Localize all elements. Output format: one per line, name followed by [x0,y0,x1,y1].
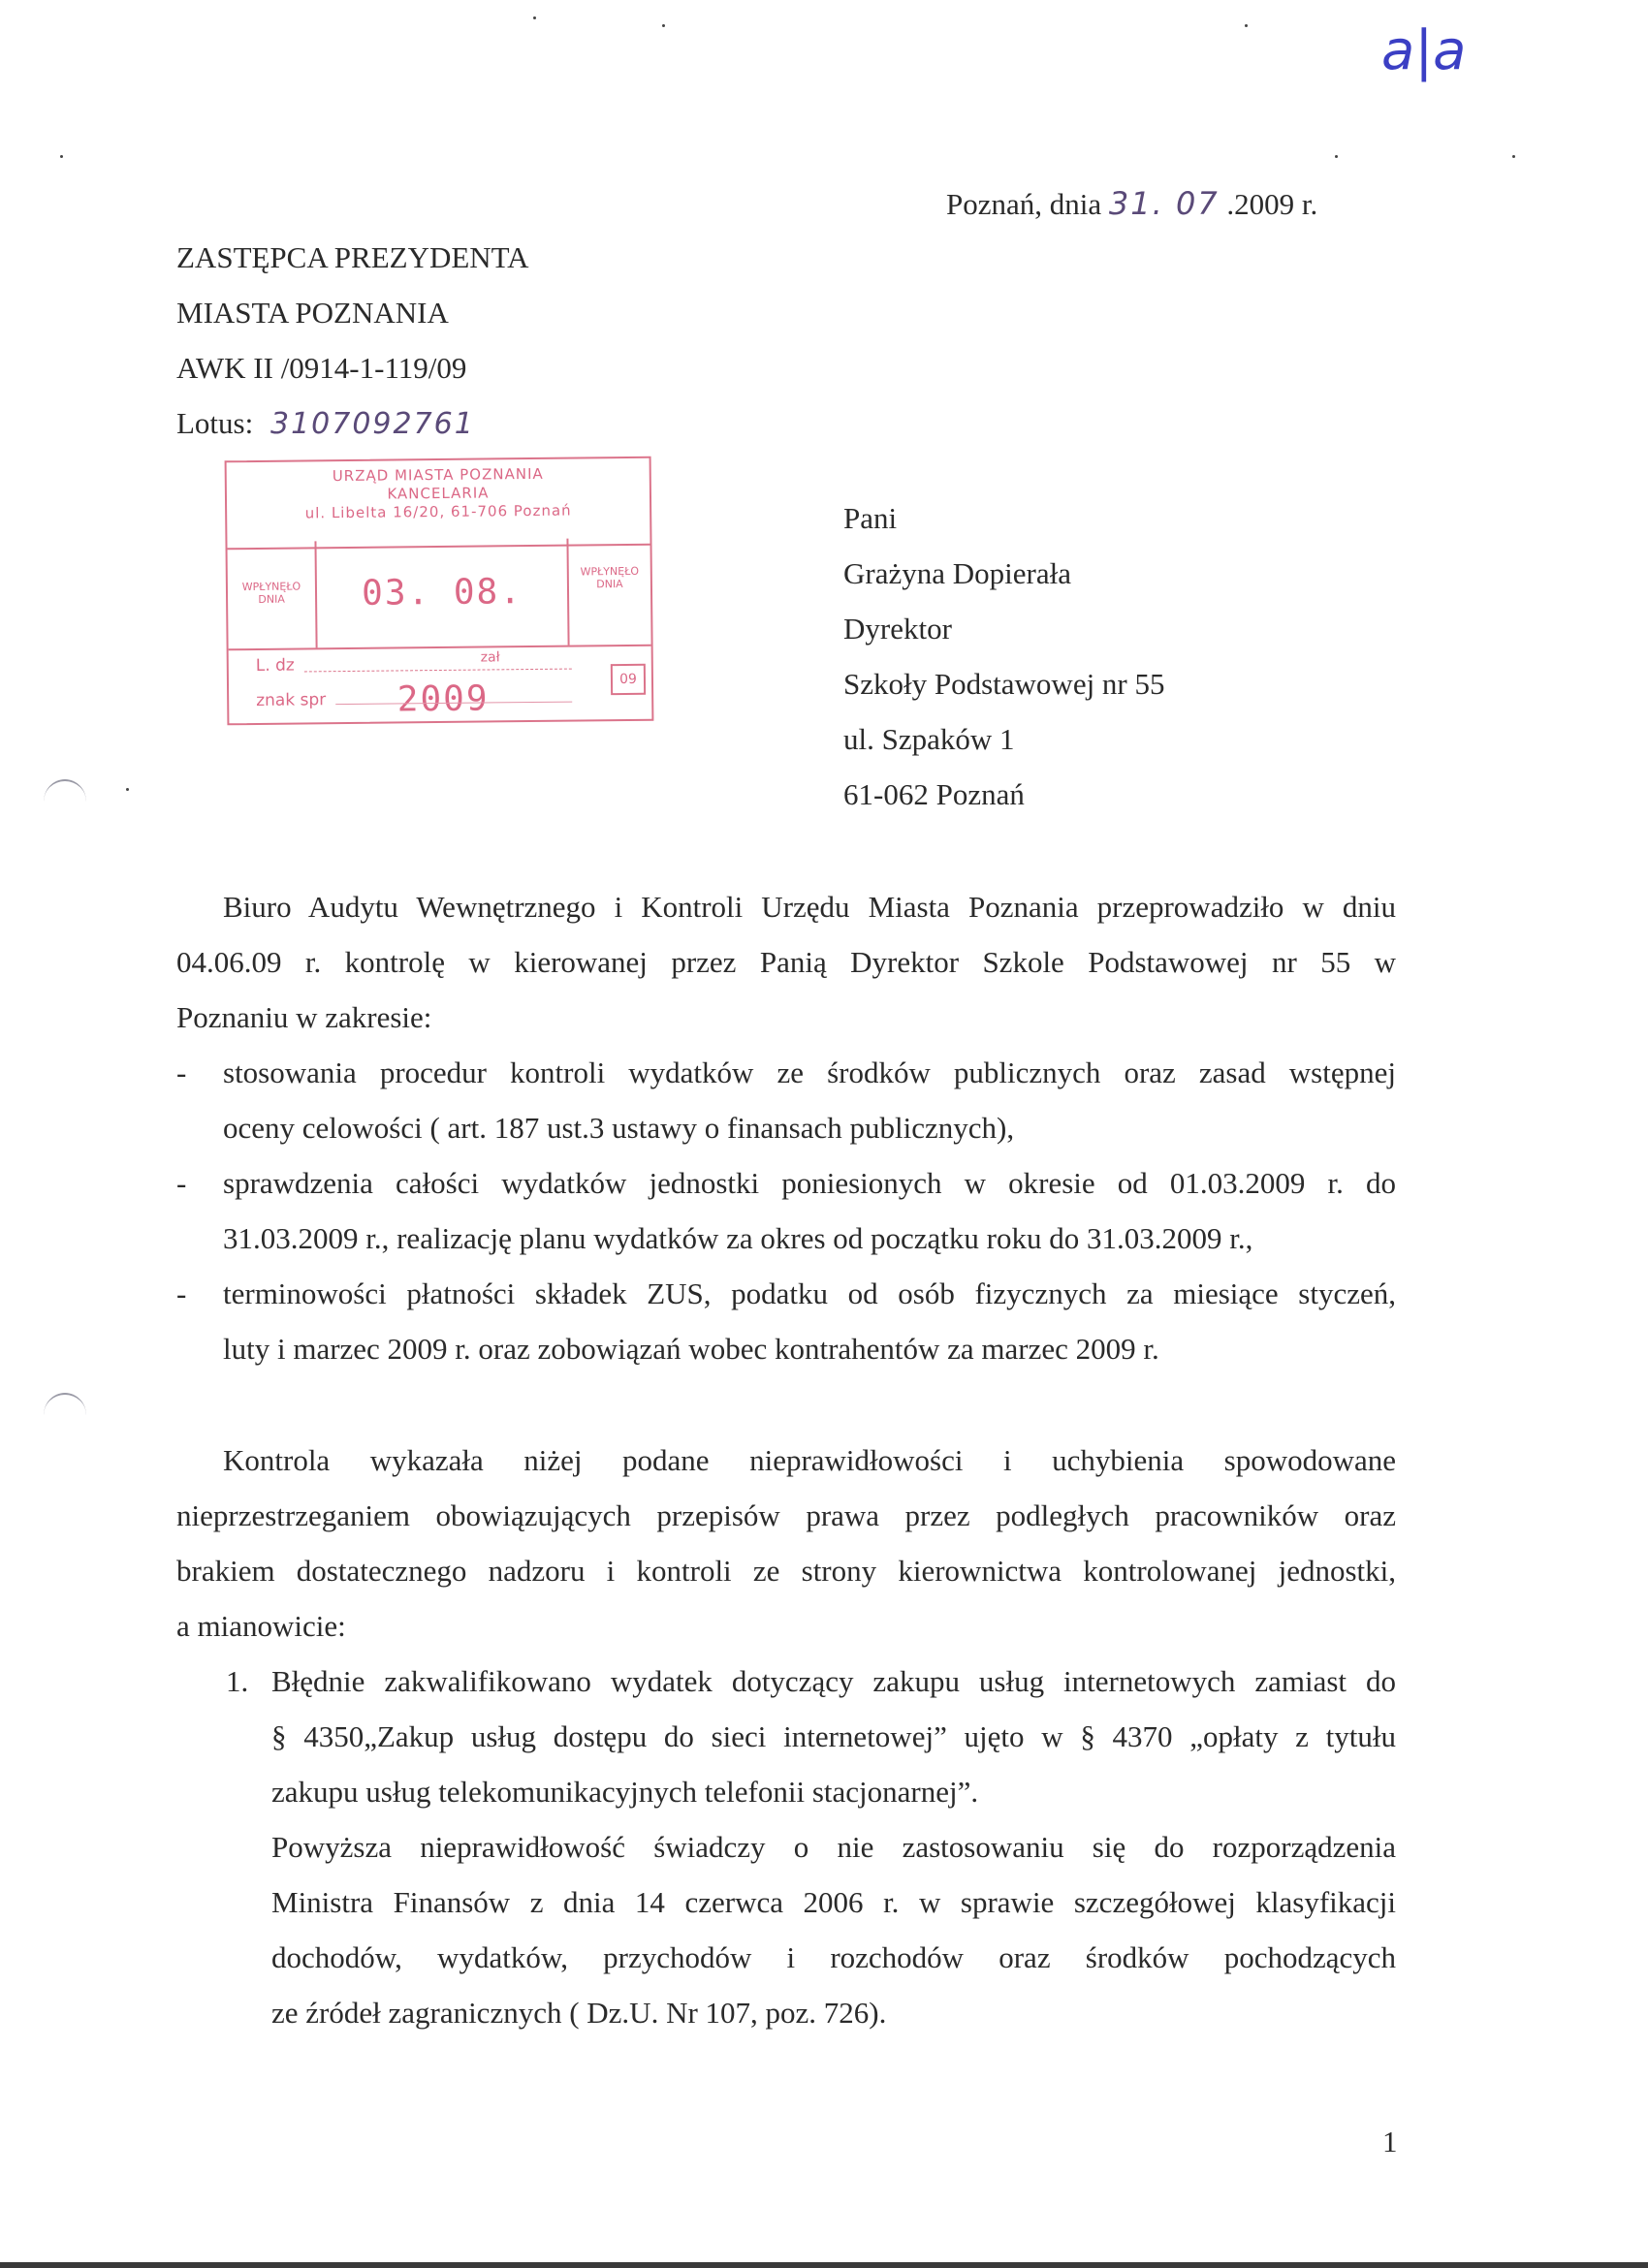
intro-line: Biuro Audytu Wewnętrznego i Kontroli Urz… [223,888,1396,927]
recipient-title: Dyrektor [843,610,952,648]
finding-line: § 4350„Zakup usług dostępu do sieci inte… [271,1717,1396,1756]
findings-intro-line: brakiem dostatecznego nadzoru i kontroli… [176,1552,1396,1591]
finding-number: 1. [226,1662,248,1701]
finding-line: zakupu usług telekomunikacyjnych telefon… [271,1773,978,1811]
stamp-left-label: WPŁYNĘŁO DNIA [227,541,317,648]
recipient-name: Grażyna Dopierała [843,554,1071,593]
recipient-salutation: Pani [843,499,897,538]
sender-line-1: ZASTĘPCA PREZYDENTA [176,238,529,277]
incoming-mail-stamp: URZĄD MIASTA POZNANIA KANCELARIA ul. Lib… [225,457,654,726]
scan-speck [1245,24,1248,27]
finding-comment-line: Powyższa nieprawidłowość świadczy o nie … [271,1828,1396,1867]
stamp-registry: L. dz zał znak spr 09 [229,645,652,724]
scope-item-line: stosowania procedur kontroli wydatków ze… [223,1054,1396,1092]
stamp-right-label: WPŁYNĘŁO DNIA [566,538,650,646]
lotus-label: Lotus: [176,406,253,440]
dateline: Poznań, dnia 31. 07 .2009 r. [946,184,1317,224]
reference-number: AWK II /0914-1-119/09 [176,349,466,388]
scope-item-line: luty i marzec 2009 r. oraz zobowiązań wo… [223,1330,1159,1369]
stamp-address: ul. Libelta 16/20, 61-706 Poznań [227,501,650,524]
stamp-received-date: 03. 08. 2009 [316,539,567,648]
scope-item-line: 31.03.2009 r., realizację planu wydatków… [223,1219,1252,1258]
stamp-znak-line [335,702,572,706]
scan-speck [126,788,129,791]
lotus-number: 3107092761 [270,407,475,441]
finding-comment-line: dochodów, wydatków, przychodów i rozchod… [271,1938,1396,1977]
recipient-institution: Szkoły Podstawowej nr 55 [843,665,1165,704]
recipient-city: 61-062 Poznań [843,775,1025,814]
finding-comment-line: Ministra Finansów z dnia 14 czerwca 2006… [271,1883,1396,1922]
handwritten-annotation: a|a [1381,19,1467,82]
recipient-street: ul. Szpaków 1 [843,720,1015,759]
lotus-line: Lotus: 3107092761 [176,404,475,444]
intro-line: Poznaniu w zakresie: [176,998,431,1037]
stamp-ldz-label: L. dz [256,656,295,676]
finding-line: Błędnie zakwalifikowano wydatek dotycząc… [271,1662,1396,1701]
scope-item-line: terminowości płatności składek ZUS, poda… [223,1275,1396,1313]
stamp-ldz-line [304,669,572,673]
finding-comment-line: ze źródeł zagranicznych ( Dz.U. Nr 107, … [271,1994,886,2032]
list-bullet: - [176,1054,186,1092]
list-bullet: - [176,1275,186,1313]
list-bullet: - [176,1164,186,1203]
scan-speck [60,155,63,158]
punch-hole-mark [44,1393,86,1437]
stamp-header: URZĄD MIASTA POZNANIA KANCELARIA ul. Lib… [227,458,650,551]
scan-speck [662,24,665,27]
sender-line-2: MIASTA POZNANIA [176,294,449,332]
stamp-year-box: 09 [611,664,646,695]
scan-bottom-edge [0,2262,1648,2268]
stamp-znak-label: znak spr [256,690,326,710]
scan-speck [1512,155,1515,158]
page-number: 1 [1382,2123,1398,2161]
dateline-suffix: .2009 r. [1226,187,1317,221]
scope-item-line: sprawdzenia całości wydatków jednostki p… [223,1164,1396,1203]
punch-hole-mark [44,779,86,824]
scan-speck [533,16,536,19]
intro-line: 04.06.09 r. kontrolę w kierowanej przez … [176,943,1396,982]
findings-intro-line: a mianowicie: [176,1607,346,1646]
findings-intro-line: nieprzestrzeganiem obowiązujących przepi… [176,1496,1396,1535]
stamp-zal-label: zał [481,649,500,665]
scope-item-line: oceny celowości ( art. 187 ust.3 ustawy … [223,1109,1014,1148]
handwritten-date: 31. 07 [1109,185,1220,222]
dateline-prefix: Poznań, dnia [946,187,1101,221]
findings-intro-line: Kontrola wykazała niżej podane nieprawid… [223,1441,1396,1480]
scan-speck [1335,155,1338,158]
